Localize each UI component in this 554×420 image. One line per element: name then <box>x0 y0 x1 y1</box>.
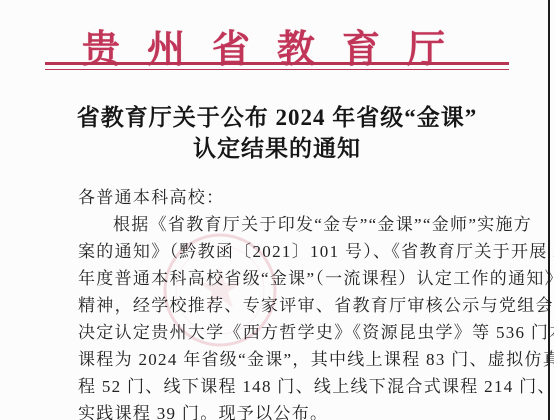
document-body: 各普通本科高校： 根据《省教育厅关于印发“金专”“金课”“金师”实施方 案的通知… <box>78 184 508 420</box>
body-line: 根据《省教育厅关于印发“金专”“金课”“金师”实施方 <box>78 211 508 238</box>
rule-thick <box>45 62 509 65</box>
body-line: 年度普通本科高校省级“金课”（一流课程）认定工作的通知》 <box>78 265 508 292</box>
body-line: 程 52 门、线下课程 148 门、线上线下混合式课程 214 门、社会 <box>78 373 508 400</box>
body-line: 实践课程 39 门。现予以公布。 <box>78 400 508 420</box>
body-line: 决定认定贵州大学《西方哲学史》《资源昆虫学》等 536 门本科 <box>78 319 508 346</box>
masthead-double-rule <box>45 62 509 70</box>
body-line: 课程为 2024 年省级“金课”，其中线上课程 83 门、虚拟仿真课 <box>78 346 508 373</box>
document-page: 贵州省教育厅 省教育厅关于公布 2024 年省级“金课” 认定结果的通知 各普通… <box>0 0 554 420</box>
document-title: 省教育厅关于公布 2024 年省级“金课” 认定结果的通知 <box>0 102 554 164</box>
rule-thin <box>45 69 509 70</box>
salutation: 各普通本科高校： <box>78 184 508 211</box>
document-title-line2: 认定结果的通知 <box>0 133 554 164</box>
body-line: 精神，经学校推荐、专家评审、省教育厅审核公示与党组会审议， <box>78 292 508 319</box>
scan-artifact-line <box>548 0 550 420</box>
document-title-line1: 省教育厅关于公布 2024 年省级“金课” <box>0 102 554 133</box>
body-line: 案的通知》（黔教函〔2021〕101 号）、《省教育厅关于开展 2024 <box>78 238 508 265</box>
